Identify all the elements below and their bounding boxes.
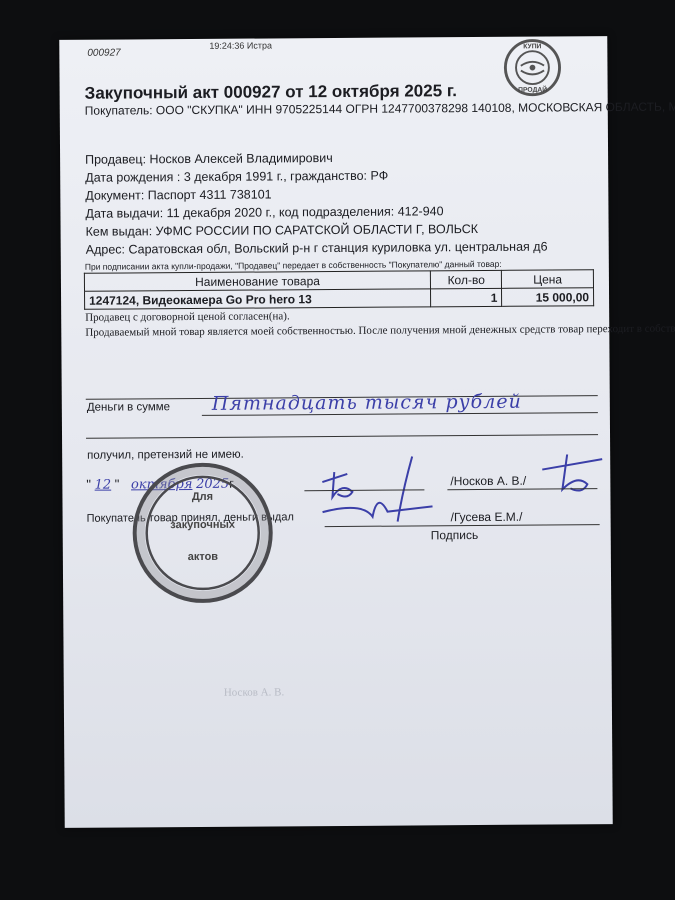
- stamp-line2: закупочных: [131, 518, 275, 531]
- money-handwritten: Пятнадцать тысяч рублей: [212, 391, 522, 415]
- stamp-line1: Для: [130, 490, 274, 503]
- purchase-act-document: 000927 19:24:36 Истра КУПИ ПРОДАЙ Закупо…: [59, 36, 612, 828]
- goods-table: Наименование товара Кол-во Цена 1247124,…: [84, 269, 594, 310]
- column-header-name: Наименование товара: [84, 271, 430, 291]
- doc-number: 000927: [87, 47, 120, 58]
- money-label: Деньги в сумме: [87, 401, 170, 414]
- seller-issued-by: Кем выдан: УФМС РОССИИ ПО САРАТСКОЙ ОБЛА…: [86, 222, 478, 239]
- print-timestamp: 19:24:36 Истра: [209, 40, 272, 50]
- item-price: 15 000,00: [502, 288, 594, 307]
- seller-document: Документ: Паспорт 4311 738101: [85, 187, 271, 202]
- seller-address: Адрес: Саратовская обл, Вольский р-н г с…: [86, 240, 548, 257]
- received-statement: получил, претензий не имею.: [87, 449, 244, 462]
- table-row: 1247124, Видеокамера Go Pro hero 13 1 15…: [85, 288, 594, 310]
- buyer-details: Покупатель: ООО "СКУПКА" ИНН 9705225144 …: [85, 100, 605, 118]
- divider: [86, 434, 598, 439]
- seller-signature-name: /Носков А. В./: [450, 474, 526, 489]
- item-name: 1247124, Видеокамера Go Pro hero 13: [85, 289, 431, 309]
- stamp-line3: актов: [131, 550, 275, 563]
- column-header-price: Цена: [502, 270, 594, 289]
- buyer-signature-name: /Гусева Е.М./: [451, 510, 523, 525]
- column-header-qty: Кол-во: [431, 270, 502, 288]
- company-stamp: Для закупочных актов: [130, 460, 275, 605]
- terms-paragraph: Продаваемый мной товар является моей соб…: [85, 322, 597, 340]
- stamp-ring-icon: [130, 460, 275, 605]
- seller-name: Продавец: Носков Алексей Владимирович: [85, 151, 333, 167]
- price-agreement: Продавец с договорной ценой согласен(на)…: [85, 310, 290, 323]
- kupi-prodai-logo-icon: КУПИ ПРОДАЙ: [503, 38, 561, 96]
- page-title: Закупочный акт 000927 от 12 октября 2025…: [85, 81, 457, 104]
- signature-caption: Подпись: [431, 528, 479, 542]
- date-day: 12: [95, 478, 112, 493]
- svg-text:КУПИ: КУПИ: [523, 43, 541, 50]
- item-qty: 1: [431, 288, 502, 306]
- seller-initials-icon: [532, 454, 612, 500]
- bleed-through-text: Носков А. В.: [224, 686, 284, 698]
- seller-birth: Дата рождения : 3 декабря 1991 г., гражд…: [85, 169, 388, 185]
- seller-issue-date: Дата выдачи: 11 декабря 2020 г., код под…: [85, 204, 443, 220]
- svg-text:ПРОДАЙ: ПРОДАЙ: [518, 85, 547, 94]
